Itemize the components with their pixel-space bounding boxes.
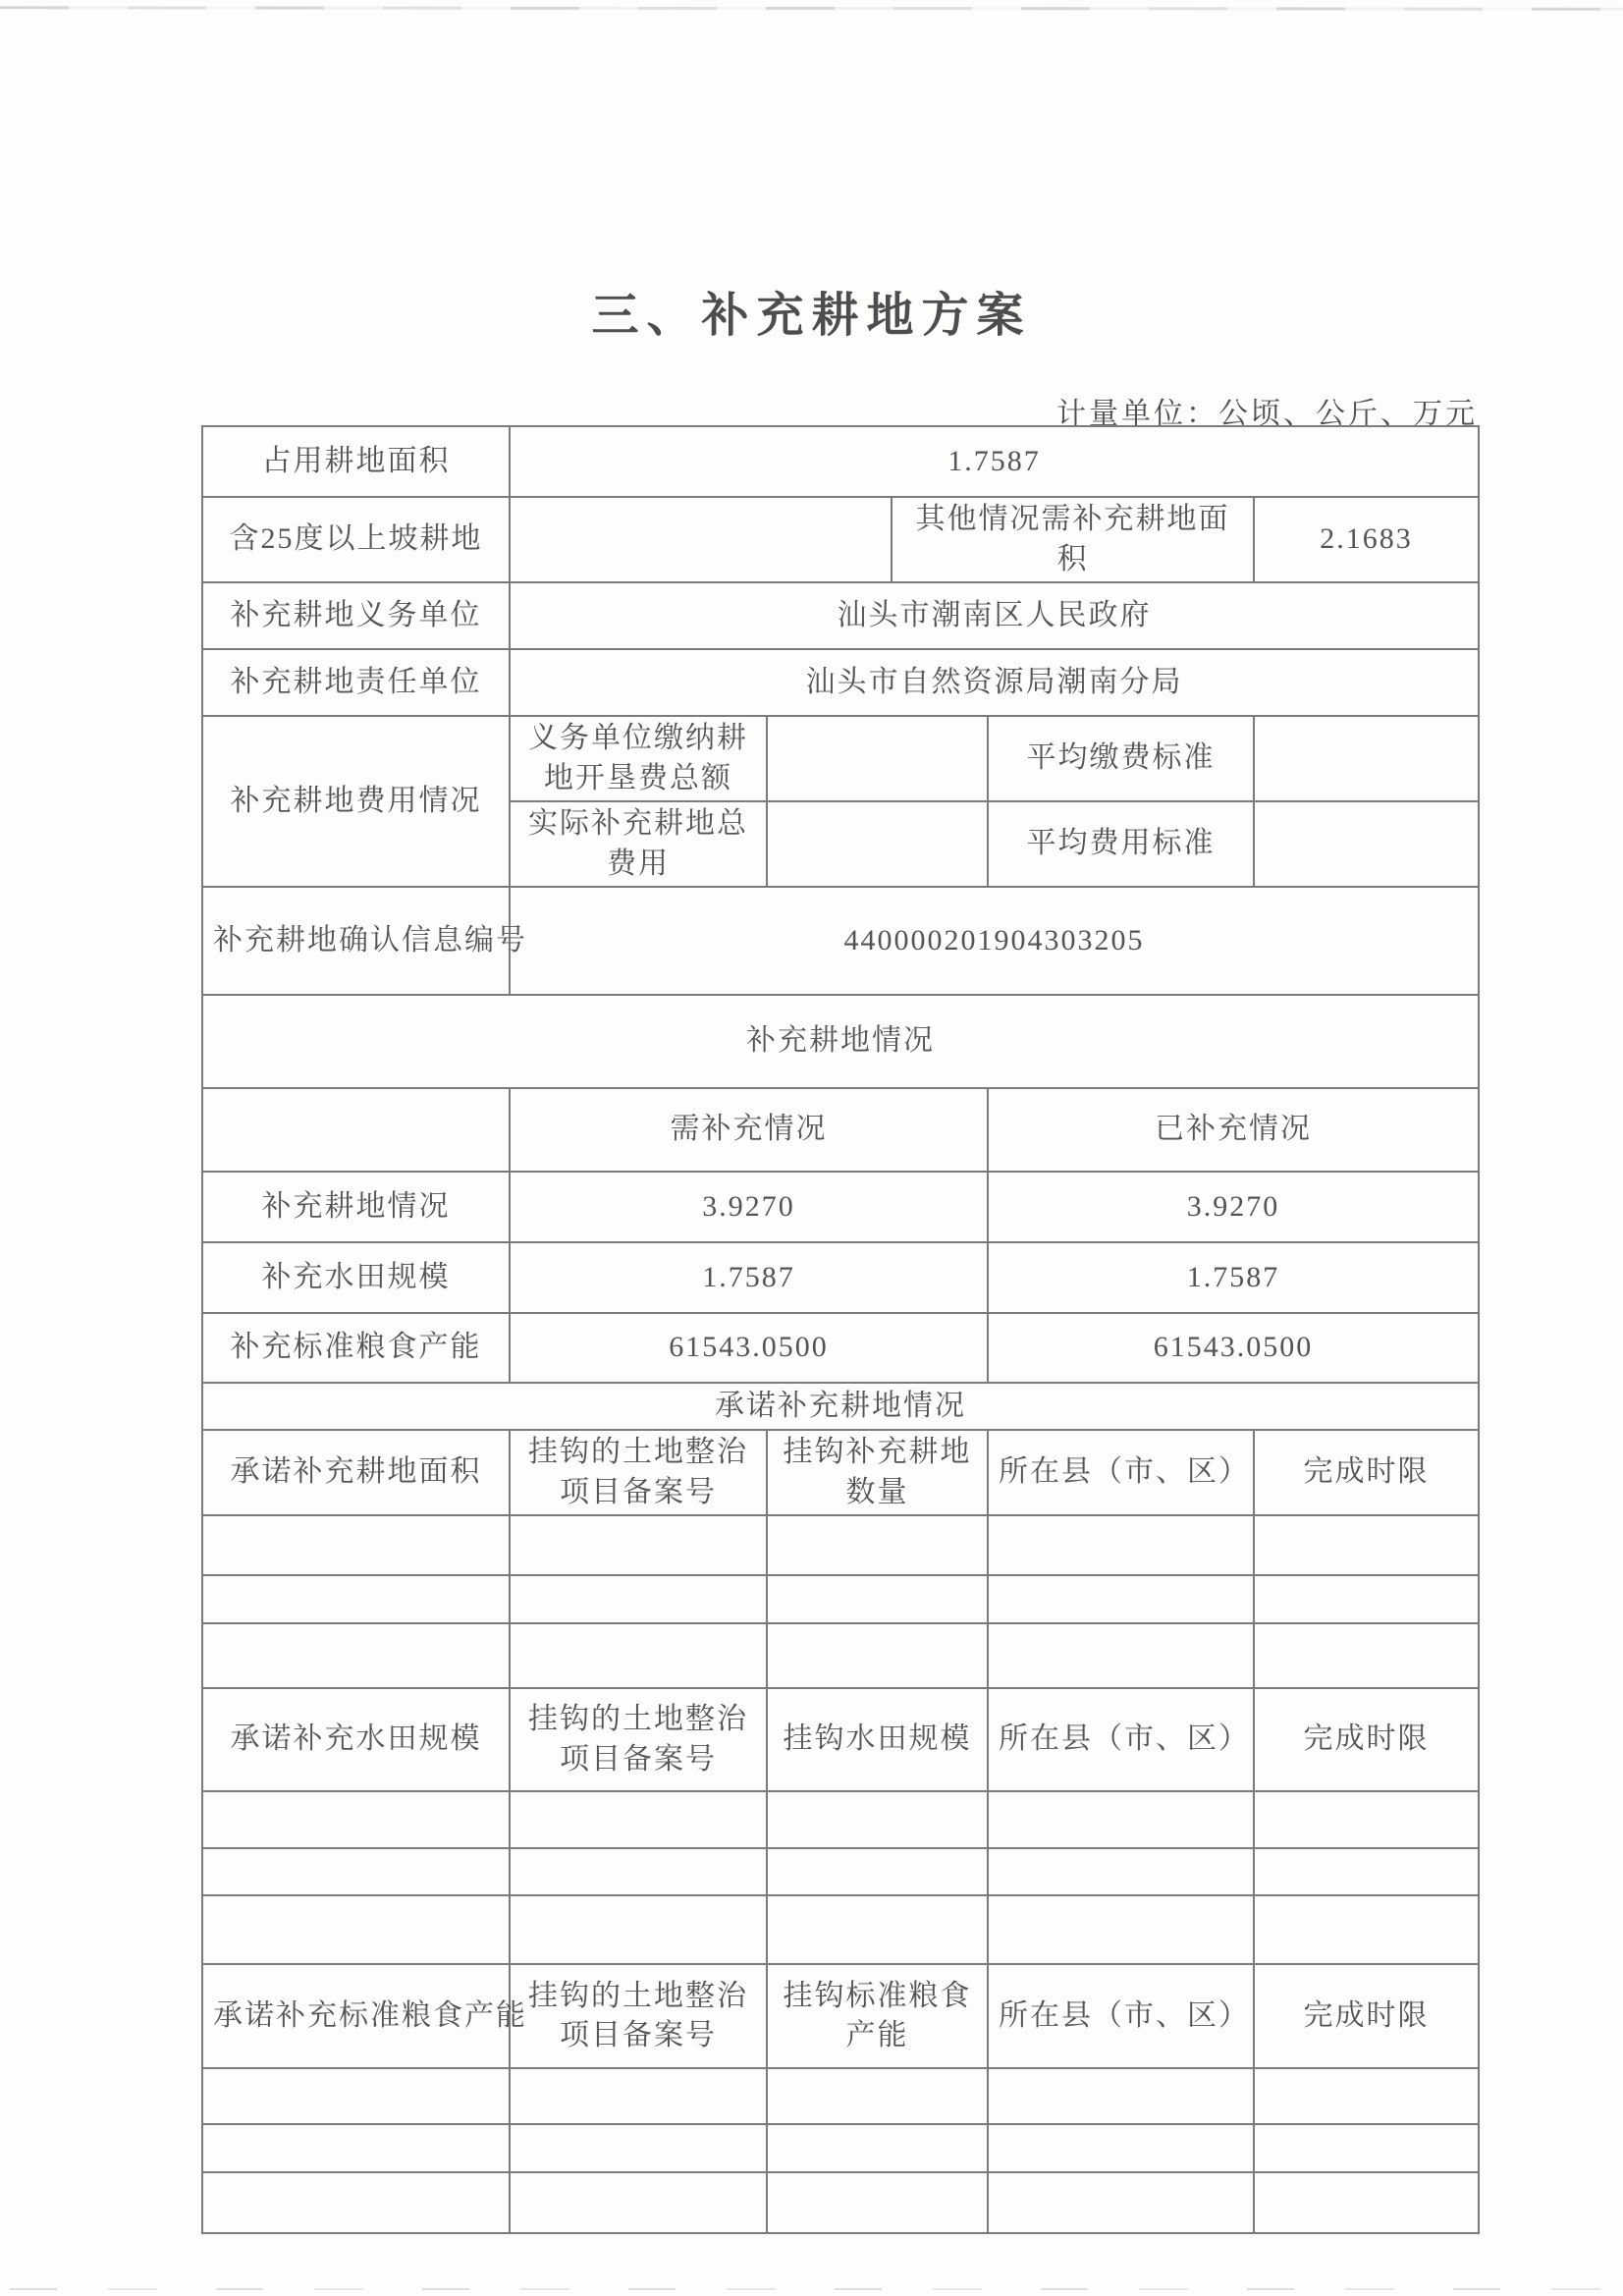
avg-payment-standard-label: 平均缴费标准 bbox=[988, 716, 1254, 801]
row-commit-grain-header: 承诺补充标准粮食产能 挂钩的土地整治项目备案号 挂钩标准粮食产能 所在县（市、区… bbox=[202, 1964, 1479, 2068]
row-situation-header: 需补充情况 已补充情况 bbox=[202, 1088, 1479, 1172]
empty-cell bbox=[1254, 1623, 1479, 1688]
commit-paddy-label: 承诺补充水田规模 bbox=[202, 1688, 510, 1791]
commit-paddy-deadline-label: 完成时限 bbox=[1254, 1688, 1479, 1791]
page-title: 三、补充耕地方案 bbox=[0, 277, 1623, 345]
empty-cell bbox=[1254, 1791, 1479, 1848]
empty-cell bbox=[988, 1848, 1254, 1895]
avg-cost-standard-label: 平均费用标准 bbox=[988, 801, 1254, 887]
confirmation-number-label: 补充耕地确认信息编号 bbox=[202, 887, 510, 995]
situation-section-title: 补充耕地情况 bbox=[202, 995, 1479, 1088]
empty-cell bbox=[1254, 1575, 1479, 1623]
row-obligation-unit: 补充耕地义务单位 汕头市潮南区人民政府 bbox=[202, 582, 1479, 649]
commit-grain-quantity-label: 挂钩标准粮食产能 bbox=[767, 1964, 988, 2068]
occupied-area-value: 1.7587 bbox=[510, 426, 1479, 497]
commit-paddy-project-label: 挂钩的土地整治项目备案号 bbox=[510, 1688, 767, 1791]
empty-row bbox=[202, 1623, 1479, 1688]
empty-cell bbox=[767, 2124, 988, 2172]
row-commit-area-header: 承诺补充耕地面积 挂钩的土地整治项目备案号 挂钩补充耕地数量 所在县（市、区） … bbox=[202, 1430, 1479, 1515]
commit-grain-label: 承诺补充标准粮食产能 bbox=[202, 1964, 510, 2068]
fee-reclamation-total-value bbox=[767, 716, 988, 801]
responsibility-unit-label: 补充耕地责任单位 bbox=[202, 649, 510, 716]
supplementary-farmland-plan-table: 占用耕地面积 1.7587 含25度以上坡耕地 其他情况需补充耕地面积 2.16… bbox=[201, 425, 1480, 2234]
situation-area-label: 补充耕地情况 bbox=[202, 1172, 510, 1242]
empty-cell bbox=[988, 1791, 1254, 1848]
row-slope-farmland: 含25度以上坡耕地 其他情况需补充耕地面积 2.1683 bbox=[202, 497, 1479, 582]
avg-cost-standard-value bbox=[1254, 801, 1479, 887]
slope-farmland-label: 含25度以上坡耕地 bbox=[202, 497, 510, 582]
empty-cell bbox=[510, 1848, 767, 1895]
commit-area-quantity-label: 挂钩补充耕地数量 bbox=[767, 1430, 988, 1515]
commit-grain-county-label: 所在县（市、区） bbox=[988, 1964, 1254, 2068]
occupied-area-label: 占用耕地面积 bbox=[202, 426, 510, 497]
obligation-unit-label: 补充耕地义务单位 bbox=[202, 582, 510, 649]
situation-paddy-done: 1.7587 bbox=[988, 1242, 1479, 1313]
empty-cell bbox=[510, 1575, 767, 1623]
commit-paddy-quantity-label: 挂钩水田规模 bbox=[767, 1688, 988, 1791]
actual-fee-total-label: 实际补充耕地总费用 bbox=[510, 801, 767, 887]
commitment-section-title: 承诺补充耕地情况 bbox=[202, 1383, 1479, 1430]
row-fee-1: 补充耕地费用情况 义务单位缴纳耕地开垦费总额 平均缴费标准 bbox=[202, 716, 1479, 801]
slope-farmland-value bbox=[510, 497, 892, 582]
empty-cell bbox=[767, 1575, 988, 1623]
commit-paddy-county-label: 所在县（市、区） bbox=[988, 1688, 1254, 1791]
row-situation-paddy: 补充水田规模 1.7587 1.7587 bbox=[202, 1242, 1479, 1313]
empty-cell bbox=[988, 1575, 1254, 1623]
empty-row bbox=[202, 2172, 1479, 2233]
empty-cell bbox=[510, 2124, 767, 2172]
row-section-commitment: 承诺补充耕地情况 bbox=[202, 1383, 1479, 1430]
empty-cell bbox=[1254, 2172, 1479, 2233]
obligation-unit-value: 汕头市潮南区人民政府 bbox=[510, 582, 1479, 649]
empty-cell bbox=[767, 1623, 988, 1688]
row-occupied-area: 占用耕地面积 1.7587 bbox=[202, 426, 1479, 497]
situation-col-done: 已补充情况 bbox=[988, 1088, 1479, 1172]
situation-area-done: 3.9270 bbox=[988, 1172, 1479, 1242]
fee-reclamation-total-label: 义务单位缴纳耕地开垦费总额 bbox=[510, 716, 767, 801]
empty-row bbox=[202, 1575, 1479, 1623]
responsibility-unit-value: 汕头市自然资源局潮南分局 bbox=[510, 649, 1479, 716]
empty-cell bbox=[510, 2172, 767, 2233]
situation-header-blank bbox=[202, 1088, 510, 1172]
empty-cell bbox=[767, 1895, 988, 1964]
situation-grain-label: 补充标准粮食产能 bbox=[202, 1313, 510, 1383]
empty-cell bbox=[1254, 1895, 1479, 1964]
commit-area-county-label: 所在县（市、区） bbox=[988, 1430, 1254, 1515]
empty-cell bbox=[202, 2068, 510, 2124]
empty-row bbox=[202, 1791, 1479, 1848]
empty-cell bbox=[767, 2068, 988, 2124]
scan-edge-artifact-top bbox=[0, 6, 1623, 10]
row-section-situation: 补充耕地情况 bbox=[202, 995, 1479, 1088]
empty-cell bbox=[767, 2172, 988, 2233]
empty-row bbox=[202, 2068, 1479, 2124]
avg-payment-standard-value bbox=[1254, 716, 1479, 801]
commit-area-deadline-label: 完成时限 bbox=[1254, 1430, 1479, 1515]
empty-cell bbox=[767, 1848, 988, 1895]
empty-cell bbox=[510, 2068, 767, 2124]
empty-row bbox=[202, 1515, 1479, 1575]
empty-cell bbox=[988, 1515, 1254, 1575]
empty-row bbox=[202, 1848, 1479, 1895]
situation-grain-done: 61543.0500 bbox=[988, 1313, 1479, 1383]
actual-fee-total-value bbox=[767, 801, 988, 887]
empty-cell bbox=[202, 1575, 510, 1623]
row-situation-grain: 补充标准粮食产能 61543.0500 61543.0500 bbox=[202, 1313, 1479, 1383]
scanned-document-page: 三、补充耕地方案 计量单位：公顷、公斤、万元 占用耕地面积 1.7587 含25… bbox=[0, 0, 1623, 2296]
empty-cell bbox=[988, 2124, 1254, 2172]
empty-cell bbox=[202, 2172, 510, 2233]
situation-paddy-need: 1.7587 bbox=[510, 1242, 988, 1313]
empty-cell bbox=[510, 1791, 767, 1848]
commit-grain-project-label: 挂钩的土地整治项目备案号 bbox=[510, 1964, 767, 2068]
confirmation-number-value: 440000201904303205 bbox=[510, 887, 1479, 995]
empty-row bbox=[202, 2124, 1479, 2172]
empty-cell bbox=[1254, 1848, 1479, 1895]
empty-cell bbox=[988, 1623, 1254, 1688]
empty-cell bbox=[988, 1895, 1254, 1964]
empty-row bbox=[202, 1895, 1479, 1964]
row-confirmation-number: 补充耕地确认信息编号 440000201904303205 bbox=[202, 887, 1479, 995]
row-commit-paddy-header: 承诺补充水田规模 挂钩的土地整治项目备案号 挂钩水田规模 所在县（市、区） 完成… bbox=[202, 1688, 1479, 1791]
empty-cell bbox=[202, 1895, 510, 1964]
empty-cell bbox=[1254, 1515, 1479, 1575]
row-responsibility-unit: 补充耕地责任单位 汕头市自然资源局潮南分局 bbox=[202, 649, 1479, 716]
situation-paddy-label: 补充水田规模 bbox=[202, 1242, 510, 1313]
empty-cell bbox=[1254, 2124, 1479, 2172]
row-situation-area: 补充耕地情况 3.9270 3.9270 bbox=[202, 1172, 1479, 1242]
other-need-label: 其他情况需补充耕地面积 bbox=[892, 497, 1254, 582]
situation-grain-need: 61543.0500 bbox=[510, 1313, 988, 1383]
empty-cell bbox=[1254, 2068, 1479, 2124]
other-need-value: 2.1683 bbox=[1254, 497, 1479, 582]
empty-cell bbox=[510, 1623, 767, 1688]
empty-cell bbox=[510, 1895, 767, 1964]
empty-cell bbox=[510, 1515, 767, 1575]
empty-cell bbox=[988, 2068, 1254, 2124]
fee-situation-label: 补充耕地费用情况 bbox=[202, 716, 510, 887]
empty-cell bbox=[767, 1515, 988, 1575]
situation-area-need: 3.9270 bbox=[510, 1172, 988, 1242]
scan-edge-artifact-bottom bbox=[10, 2288, 1613, 2290]
situation-col-need: 需补充情况 bbox=[510, 1088, 988, 1172]
commit-area-project-label: 挂钩的土地整治项目备案号 bbox=[510, 1430, 767, 1515]
commit-area-label: 承诺补充耕地面积 bbox=[202, 1430, 510, 1515]
empty-cell bbox=[202, 1515, 510, 1575]
empty-cell bbox=[202, 2124, 510, 2172]
commit-grain-deadline-label: 完成时限 bbox=[1254, 1964, 1479, 2068]
empty-cell bbox=[767, 1791, 988, 1848]
empty-cell bbox=[202, 1848, 510, 1895]
empty-cell bbox=[202, 1623, 510, 1688]
empty-cell bbox=[988, 2172, 1254, 2233]
empty-cell bbox=[202, 1791, 510, 1848]
